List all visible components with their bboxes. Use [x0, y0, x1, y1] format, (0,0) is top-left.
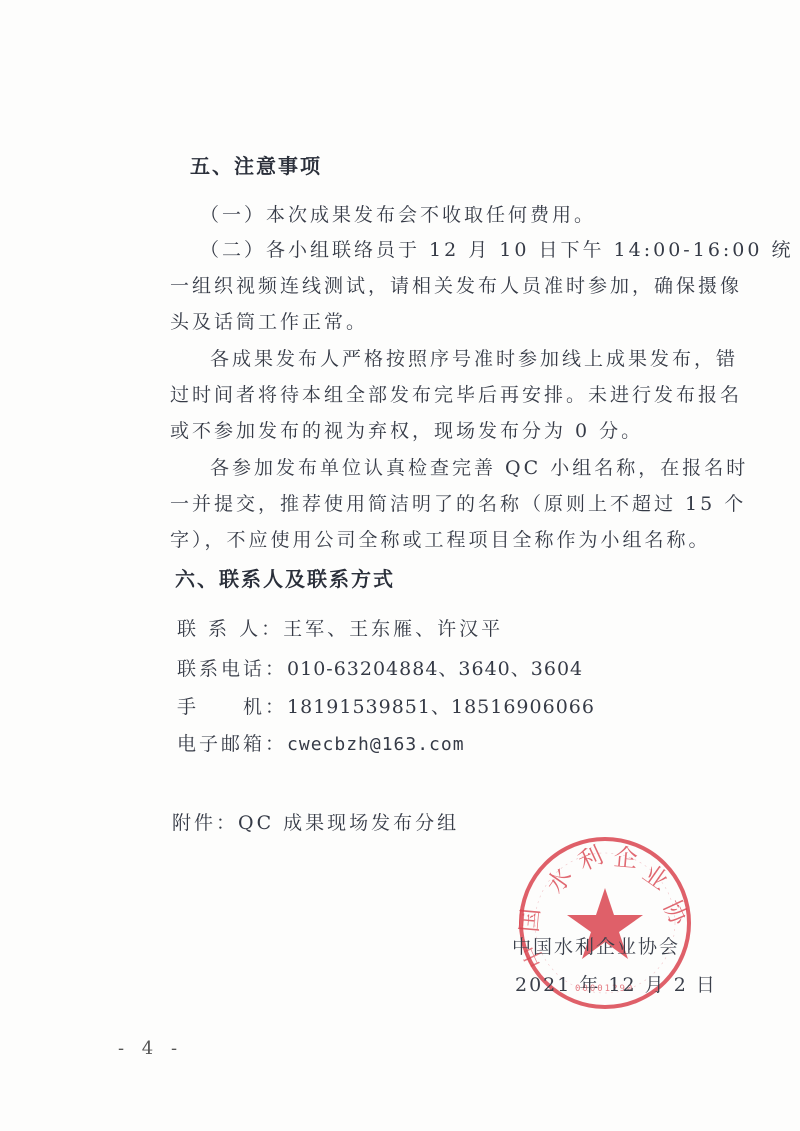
paragraph-line: 或不参加发布的视为弃权，现场发布分为 0 分。: [170, 416, 643, 443]
contact-label: 电子邮箱：: [177, 733, 287, 755]
contact-value: 18191539851、18516906066: [287, 696, 595, 718]
contact-email: cwecbzh@163.com: [287, 734, 465, 755]
contact-row: 联系电话：010-63204884、3640、3604: [177, 654, 583, 681]
paragraph-line: 各成果发布人严格按照序号准时参加线上成果发布，错: [210, 344, 738, 371]
paragraph-line: （一）本次成果发布会不收取任何费用。: [200, 200, 596, 227]
contact-value: 王军、王东雁、许汉平: [283, 618, 503, 640]
svg-text:水: 水: [541, 863, 578, 899]
contact-value: 010-63204884、3640、3604: [287, 658, 583, 680]
section-heading-6: 六、联系人及联系方式: [175, 563, 395, 592]
paragraph-line: 一并提交，推荐使用简洁明了的名称（原则上不超过 15 个: [170, 489, 746, 516]
signature-org: 中国水利企业协会: [512, 932, 680, 959]
paragraph-line: 一组织视频连线测试，请相关发布人员准时参加，确保摄像: [170, 271, 742, 298]
contact-label: 联系电话：: [177, 658, 287, 680]
paragraph-line: （二）各小组联络员于 12 月 10 日下午 14:00-16:00 统: [200, 235, 794, 262]
contact-row: 手 机：18191539851、18516906066: [177, 692, 595, 719]
signature-date: 2021 年 12 月 2 日: [515, 970, 717, 997]
section-heading-5: 五、注意事项: [190, 150, 322, 179]
paragraph-line: 过时间者将待本组全部发布完毕后再安排。未进行发布报名: [170, 380, 742, 407]
contact-row: 联 系 人：王军、王东雁、许汉平: [177, 614, 503, 641]
paragraph-line: 字），不应使用公司全称或工程项目全称作为小组名称。: [170, 525, 711, 552]
svg-text:国: 国: [515, 907, 545, 933]
contact-label: 手 机：: [177, 696, 287, 718]
paragraph-line: 各参加发布单位认真检查完善 QC 小组名称，在报名时: [210, 453, 748, 480]
attachment-note: 附件：QC 成果现场发布分组: [172, 808, 459, 835]
page-number: - 4 -: [118, 1038, 183, 1059]
paragraph-line: 头及话筒工作正常。: [170, 307, 368, 334]
contact-label: 联 系 人：: [177, 618, 283, 640]
svg-text:企: 企: [612, 843, 638, 873]
contact-row: 电子邮箱：cwecbzh@163.com: [177, 729, 465, 756]
svg-text:利: 利: [574, 841, 608, 877]
document-page: 五、注意事项 （一）本次成果发布会不收取任何费用。 （二）各小组联络员于 12 …: [0, 0, 800, 1131]
